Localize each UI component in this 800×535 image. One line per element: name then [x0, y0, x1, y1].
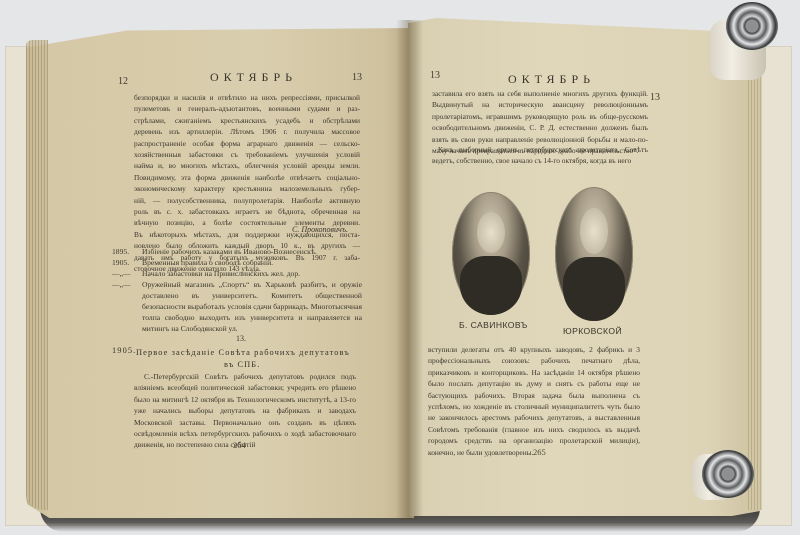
portrait-yurkovskoy	[555, 187, 633, 321]
signature: С. Прокоповичъ.	[292, 225, 348, 234]
section-title-line1: Первое засѣданіе Совѣта рабочихъ депутат…	[136, 348, 350, 357]
section-title-line2: въ СПБ.	[224, 360, 260, 369]
left-folio: 264	[233, 440, 246, 450]
section-year: 1905.	[112, 346, 136, 355]
right-bottom-text: вступили делегаты отъ 40 крупныхъ заводо…	[428, 344, 640, 458]
left-paragraph-line: пулеметовъ и генералъ-адъютантовъ, военн…	[134, 103, 360, 114]
right-page-number-top: 13	[430, 70, 440, 81]
book-gutter	[396, 20, 424, 520]
chronicle-entry: 1905.Временныя правила о свободѣ собрані…	[112, 257, 362, 268]
top-right-weight	[706, 0, 786, 84]
chronicle-entry: 1895.Избіеніе рабочихъ казаками въ Ивано…	[112, 246, 362, 257]
left-running-head-number: 13	[352, 72, 362, 83]
right-page-stack-edges	[748, 60, 762, 510]
left-page-stack-edges	[26, 40, 48, 510]
left-paragraph-line: найма и, во многихъ мѣстахъ, облегченія …	[134, 160, 360, 171]
right-running-head-number: 13	[650, 92, 660, 103]
chronicle-text: Избіеніе рабочихъ казаками въ Иваново-Во…	[142, 246, 362, 257]
left-running-head: ОКТЯБРЬ	[210, 70, 297, 85]
left-paragraph-line: стрѣлами, сжиганіемъ крестьянскихъ усаде…	[134, 115, 360, 126]
section-number: 13.	[236, 334, 246, 343]
chronicle-year: —„—	[112, 268, 142, 279]
left-paragraph-line: деревень изъ артиллеріи. Лѣтомъ 1906 г. …	[134, 126, 360, 137]
chronicle-text: Начало забастовки на Привислинскихъ жел.…	[142, 268, 362, 279]
left-paragraph-line: безпорядки и насилія и отвѣтило на нихъ …	[134, 92, 360, 103]
left-paragraph-line: распространеніе особая форма аграрнаго д…	[134, 138, 360, 149]
caption-yurkovskoy: ЮРКОВСКОЙ	[563, 326, 622, 336]
section-text: С.-Петербургскій Совѣтъ рабочихъ депутат…	[134, 371, 356, 451]
chronicle-year: 1905.	[112, 257, 142, 268]
left-paragraph-line: экономическому характеру крестьянина мал…	[134, 183, 360, 194]
chronicle-text: Временныя правила о свободѣ собраній.	[142, 257, 362, 268]
chronicle-text: Оружейный магазинъ „Спортъ“ въ Харьковѣ …	[142, 279, 362, 334]
left-page-number-top: 12	[118, 76, 128, 87]
chronicle-year: —„—	[112, 279, 142, 334]
right-running-head: ОКТЯБРЬ	[508, 72, 595, 87]
left-paragraph-line: Повидимому, эта форма движенія наиболѣе …	[134, 172, 360, 183]
caption-savinkov: Б. САВИНКОВЪ	[459, 320, 528, 330]
chronicle-list: 1895.Избіеніе рабочихъ казаками въ Ивано…	[112, 246, 362, 334]
left-paragraph-line: ній, — полусобственника, полупролетарія.…	[134, 195, 360, 206]
portrait-savinkov	[452, 192, 530, 315]
bottom-right-weight	[692, 448, 772, 508]
left-paragraph-line: хозяйственныя забастовки съ требованіемъ…	[134, 149, 360, 160]
chronicle-entry: —„—Оружейный магазинъ „Спортъ“ въ Харько…	[112, 279, 362, 334]
chronicle-entry: —„—Начало забастовки на Привислинскихъ ж…	[112, 268, 362, 279]
right-folio: 265	[533, 447, 546, 457]
left-paragraph-line: роль въ с. х. забастовкахъ играетъ не бѣ…	[134, 206, 360, 217]
right-top-text-2: Какъ выборный органъ петербургскаго прол…	[432, 144, 648, 167]
chronicle-year: 1895.	[112, 246, 142, 257]
